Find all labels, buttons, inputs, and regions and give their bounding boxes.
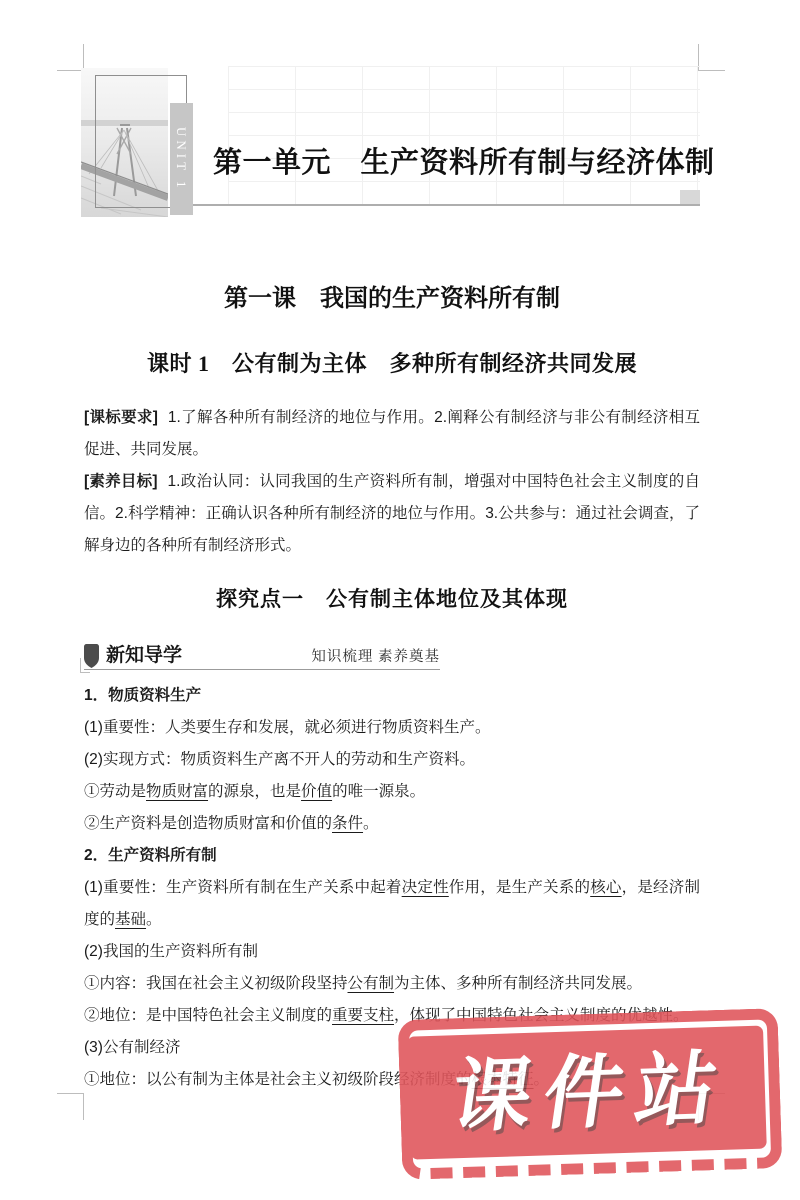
- objective-text: 1.了解各种所有制经济的地位与作用。2.阐释公有制经济与非公有制经济相互促进、共…: [84, 409, 700, 458]
- explore-point-title: 探究点一 公有制主体地位及其体现: [84, 583, 700, 613]
- banner-rule: [180, 204, 700, 206]
- stamp-text: 课件站: [440, 1048, 733, 1137]
- bookmark-pen-icon: [84, 644, 99, 668]
- banner-rule-end-cap: [680, 190, 700, 204]
- content-line: 2．生产资料所有制: [84, 840, 700, 872]
- content-line: 1．物质资料生产: [84, 680, 700, 712]
- curriculum-requirements: [课标要求]1.了解各种所有制经济的地位与作用。2.阐释公有制经济与非公有制经济…: [84, 402, 700, 466]
- content-line: (2)实现方式：物质资料生产离不开人的劳动和生产资料。: [84, 744, 700, 776]
- banner-grid-background: [228, 66, 700, 204]
- unit-tab: UNIT 1: [170, 103, 193, 215]
- lesson-title: 第一课 我国的生产资料所有制: [84, 278, 700, 313]
- unit-title: 第一单元 生产资料所有制与经济体制: [213, 140, 700, 181]
- content-line: (1)重要性：人类要生存和发展，就必须进行物质资料生产。: [84, 712, 700, 744]
- text-boundary-mark-top-left: [57, 44, 84, 71]
- content-line: ①劳动是物质财富的源泉，也是价值的唯一源泉。: [84, 776, 700, 808]
- document-page: UNIT 1 第一单元 生产资料所有制与经济体制 第一课 我国的生产资料所有制 …: [0, 0, 800, 1200]
- section-title: 新知导学: [106, 646, 182, 665]
- content-line: (2)我国的生产资料所有制: [84, 936, 700, 968]
- text-boundary-mark-top-right: [698, 44, 725, 71]
- content-line: (1)重要性：生产资料所有制在生产关系中起着决定性作用，是生产关系的核心，是经济…: [84, 872, 700, 936]
- stamp-fill: 课件站: [407, 1026, 767, 1160]
- objective-label: [课标要求]: [84, 409, 158, 426]
- session-title: 课时 1 公有制为主体 多种所有制经济共同发展: [84, 347, 700, 378]
- content-line: ①内容：我国在社会主义初级阶段坚持公有制为主体、多种所有制经济共同发展。: [84, 968, 700, 1000]
- content-line: ②生产资料是创造物质财富和价值的条件。: [84, 808, 700, 840]
- unit-tab-label: UNIT 1: [174, 127, 189, 192]
- text-boundary-mark-bottom-left: [57, 1093, 84, 1120]
- section-header: 新知导学 知识梳理 素养奠基: [84, 636, 440, 670]
- objective-label: [素养目标]: [84, 473, 158, 490]
- literacy-goals: [素养目标]1.政治认同：认同我国的生产资料所有制，增强对中国特色社会主义制度的…: [84, 466, 700, 562]
- corner-bracket-icon: [80, 658, 90, 673]
- section-subtitle: 知识梳理 素养奠基: [311, 650, 440, 665]
- watermark-stamp: 课件站: [398, 1008, 783, 1180]
- objectives-block: [课标要求]1.了解各种所有制经济的地位与作用。2.阐释公有制经济与非公有制经济…: [84, 402, 700, 562]
- objective-text: 1.政治认同：认同我国的生产资料所有制，增强对中国特色社会主义制度的自信。2.科…: [84, 473, 700, 554]
